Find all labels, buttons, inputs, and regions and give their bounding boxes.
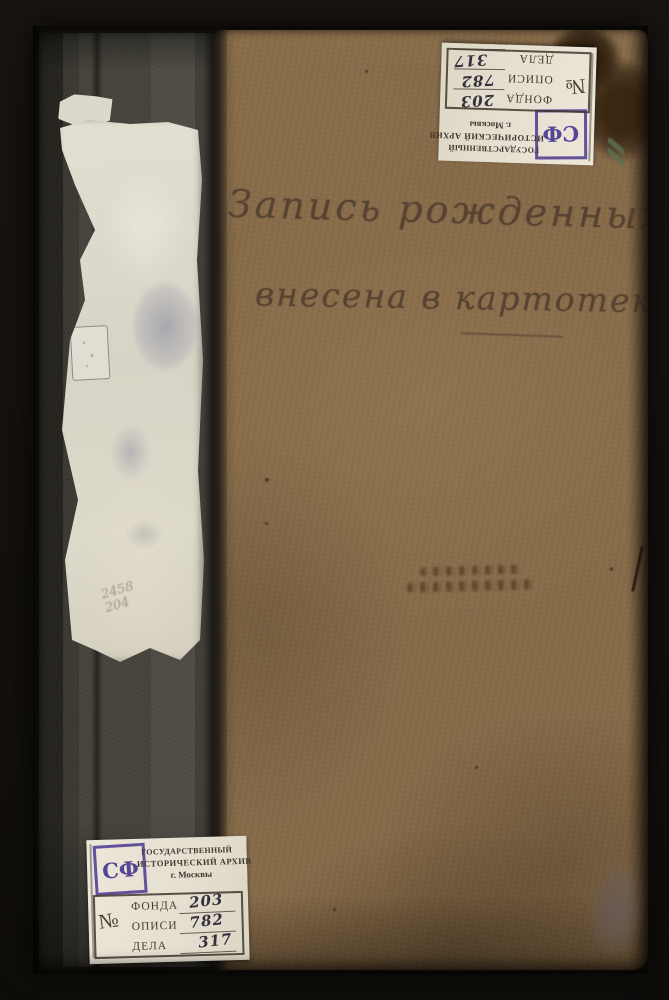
delo-value: 317 — [197, 930, 233, 952]
archive-name-line2: ИСТОРИЧЕСКИЙ АРХИВ — [440, 131, 544, 144]
numero-sign: № — [565, 73, 587, 99]
archive-name-line3: г. Москвы — [440, 119, 540, 132]
archive-label-top: СФ ГОСУДАРСТВЕННЫЙ ИСТОРИЧЕСКИЙ АРХИВ г.… — [438, 43, 597, 166]
sf-stamp-text: СФ — [101, 855, 140, 883]
photo-backdrop: 2458 204 Запись рожденных, внесена в кар… — [0, 0, 669, 1000]
opis-label: ОПИСИ — [132, 920, 178, 933]
archive-name-block: ГОСУДАРСТВЕННЫЙ ИСТОРИЧЕСКИЙ АРХИВ г. Мо… — [141, 845, 242, 881]
delo-value: 317 — [453, 51, 488, 71]
archive-name-line1: ГОСУДАРСТВЕННЫЙ — [133, 845, 241, 857]
cover-speck — [333, 908, 336, 911]
fond-value: 203 — [459, 91, 494, 111]
spine-pencil-scribble: 2458 204 — [100, 580, 140, 616]
opis-value: 782 — [189, 910, 225, 932]
delo-label: ДЕЛА — [132, 940, 167, 953]
archive-name-block: ГОСУДАРСТВЕННЫЙ ИСТОРИЧЕСКИЙ АРХИВ г. Мо… — [439, 119, 540, 155]
fond-label: ФОНДА — [505, 92, 552, 105]
row-underline — [180, 951, 236, 955]
numero-sign: № — [97, 907, 120, 934]
cover-speck — [475, 766, 478, 769]
archive-name-line1: ГОСУДАРСТВЕННЫЙ — [439, 143, 547, 155]
cover-speck — [365, 70, 368, 73]
cover-speck — [265, 478, 269, 482]
book-cover: 2458 204 Запись рожденных, внесена в кар… — [33, 26, 648, 974]
delo-label: ДЕЛА — [518, 52, 553, 65]
archive-label-bottom: СФ ГОСУДАРСТВЕННЫЙ ИСТОРИЧЕСКИЙ АРХИВ г.… — [86, 836, 249, 964]
opis-value: 782 — [460, 71, 495, 91]
label-rows-box: № ФОНДА 203 ОПИСИ 782 ДЕЛА 317 — [445, 48, 592, 114]
cover-speck — [610, 567, 613, 571]
archive-name-line3: г. Москвы — [141, 868, 241, 881]
spine-paper-patch — [70, 325, 111, 381]
spine-hinge — [203, 26, 227, 974]
fond-label: ФОНДА — [131, 900, 178, 913]
delo-row: ДЕЛА 317 — [454, 46, 554, 69]
green-mark — [608, 138, 624, 166]
opis-label: ОПИСИ — [507, 72, 553, 85]
label-rows-box: № ФОНДА 203 ОПИСИ 782 ДЕЛА 317 — [93, 891, 245, 959]
cover-speck — [265, 522, 268, 525]
handwritten-title-line2: внесена в картотеку — [255, 274, 648, 320]
fond-value: 203 — [188, 890, 224, 912]
cover-texture — [215, 30, 648, 970]
archive-name-line2: ИСТОРИЧЕСКИЙ АРХИВ — [137, 856, 241, 869]
front-cover: Запись рожденных, внесена в картотеку — [215, 30, 648, 970]
delo-row: ДЕЛА 317 — [132, 934, 237, 957]
sf-stamp-text: СФ — [542, 122, 579, 148]
